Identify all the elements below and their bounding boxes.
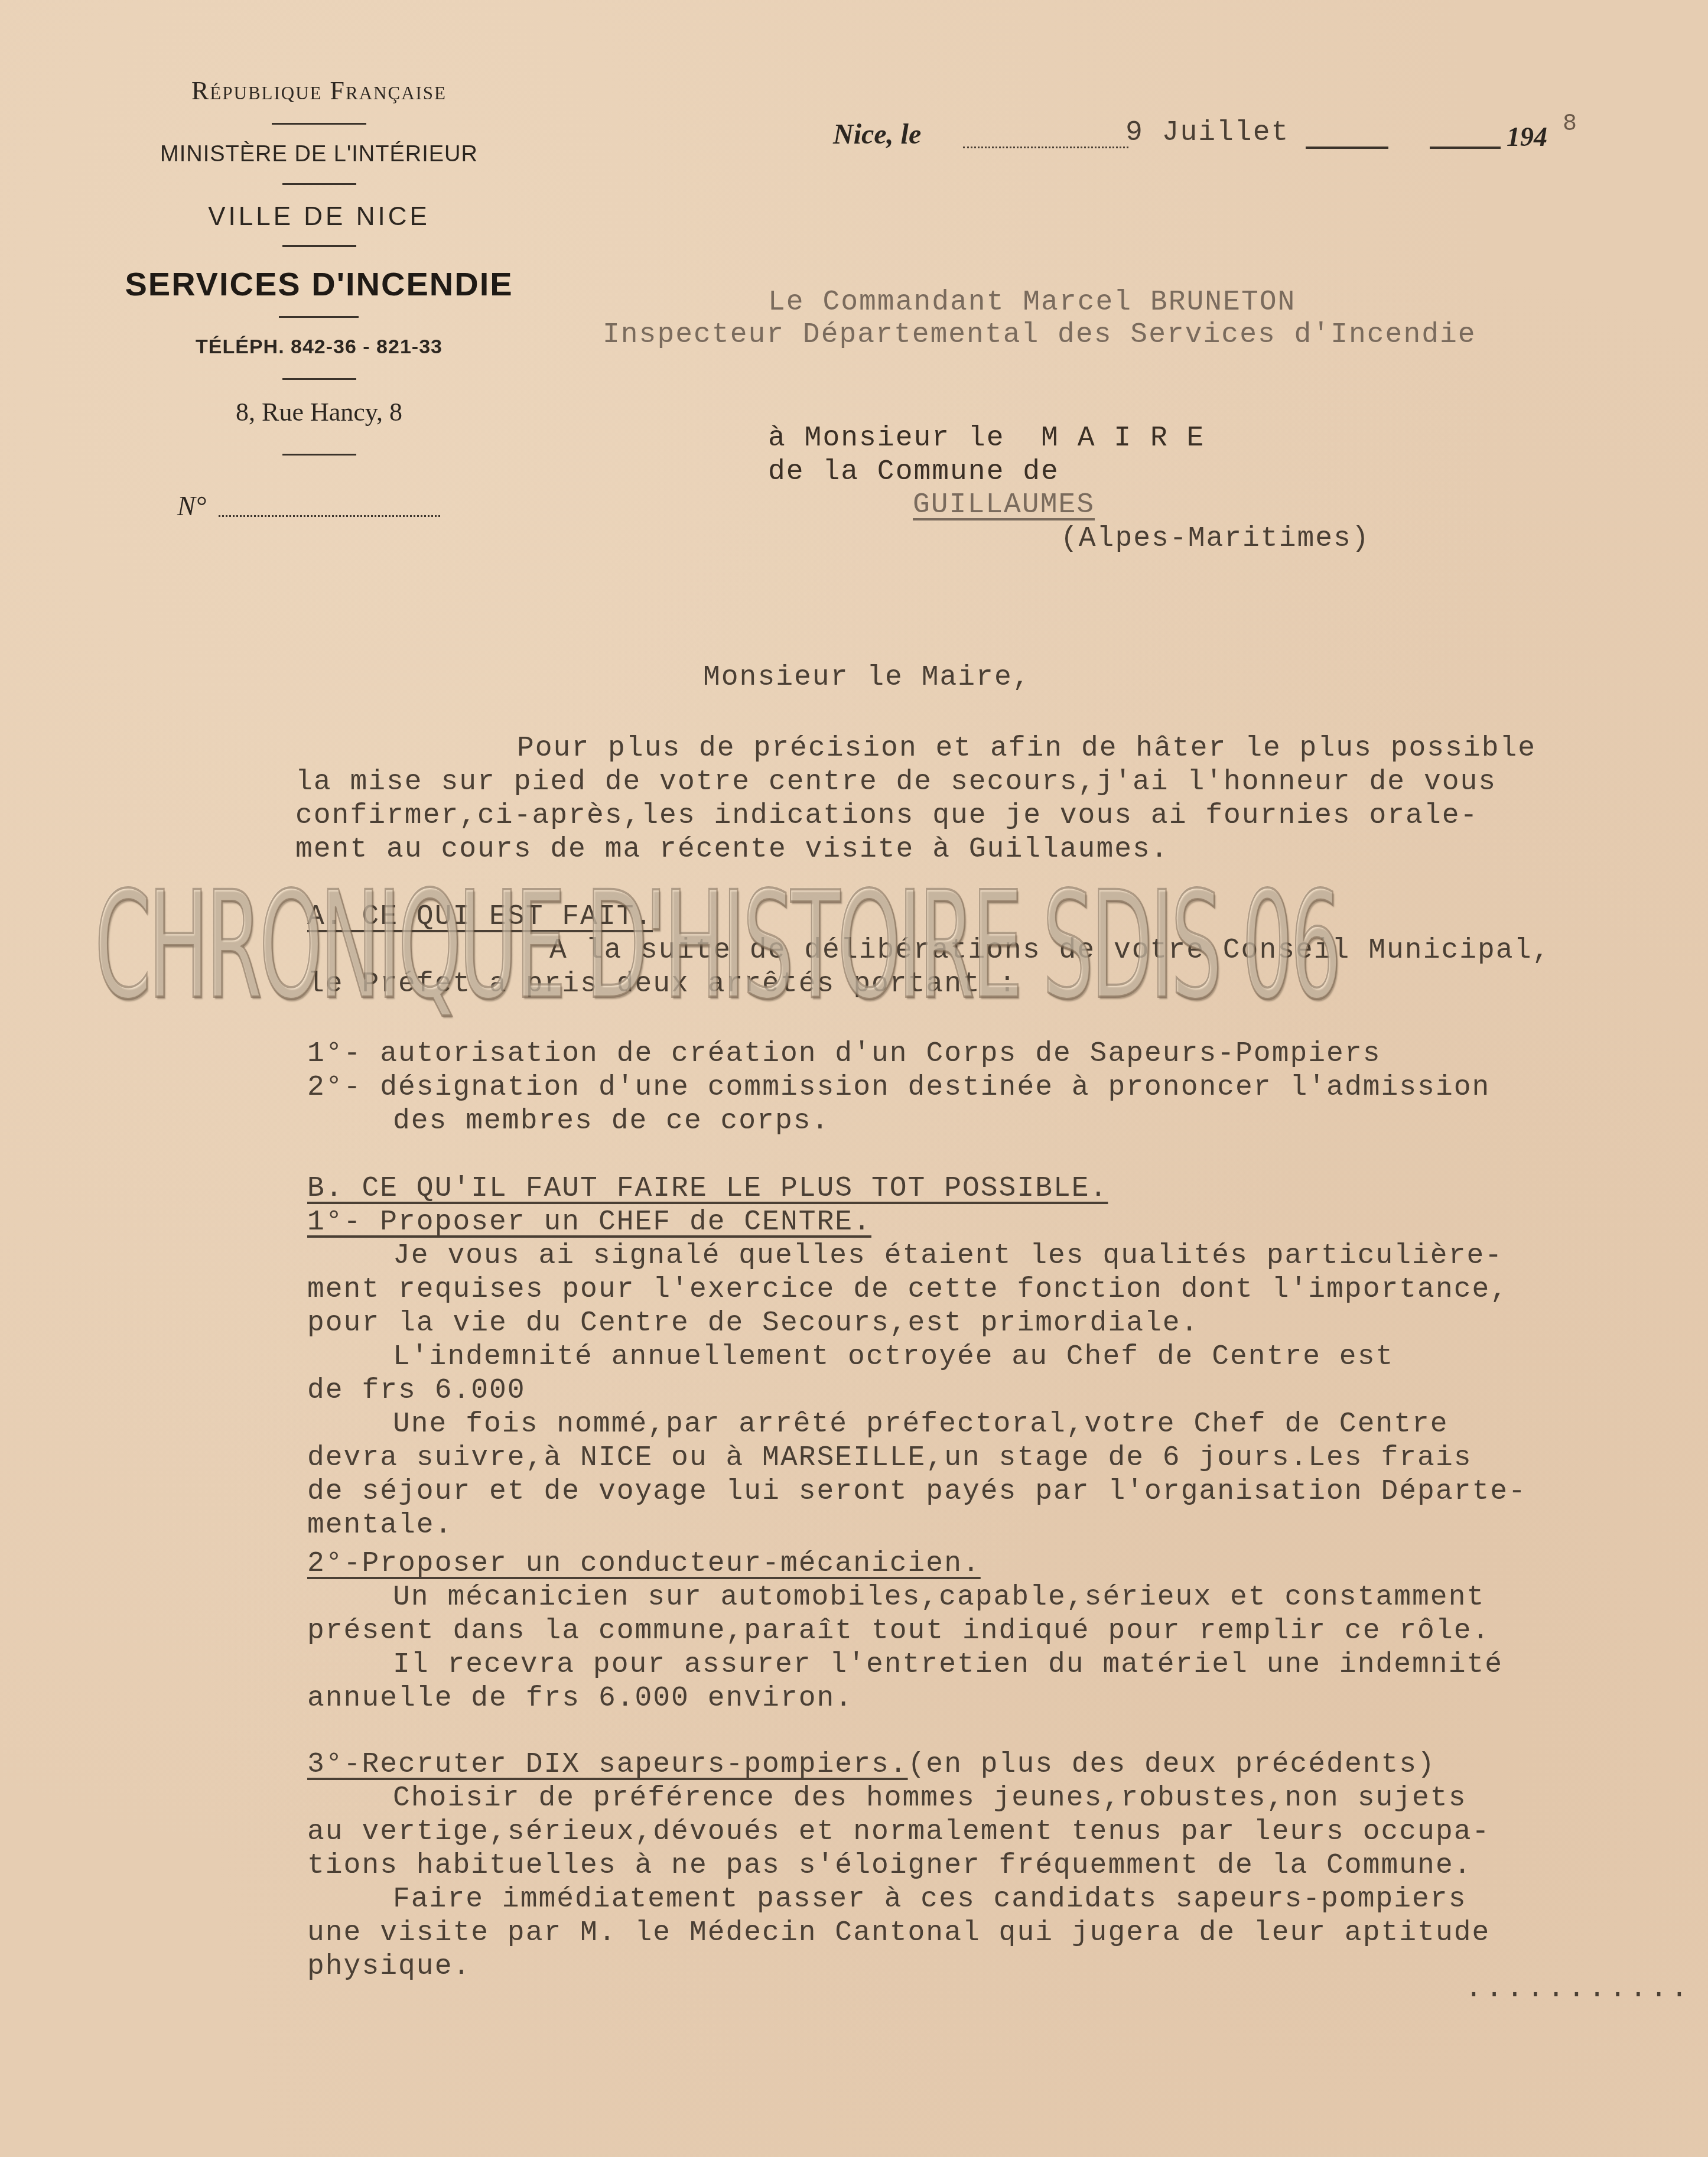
list-item: 1°- autorisation de création d'un Corps … [307,1038,1381,1070]
letterhead-phone: TÉLÉPH. 842-36 - 821-33 [65,336,573,359]
divider [282,245,356,247]
paragraph-line: le Préfet a pris deux arrêtés portant : [307,968,1017,1000]
paragraph-line: Pour plus de précision et afin de hâter … [517,733,1536,764]
list-number: 2°- [307,1072,362,1104]
item3-heading-row: 3°-Recruter DIX sapeurs-pompiers.(en plu… [307,1749,1436,1781]
paragraph-line: de frs 6.000 [307,1375,526,1407]
divider [282,454,356,456]
item2-heading: 2°-Proposer un conducteur-mécanicien. [307,1548,981,1580]
salutation: Monsieur le Maire, [703,662,1030,694]
paragraph-line: tions habituelles à ne pas s'éloigner fr… [307,1850,1472,1882]
list-item: 2°- désignation d'une commission destiné… [307,1072,1490,1104]
item3-heading-note: (en plus des deux précédents) [908,1749,1436,1781]
letterhead-service: SERVICES D'INCENDIE [65,265,573,303]
date-fill-line [963,147,1128,148]
paragraph-line: présent dans la commune,paraît tout indi… [307,1615,1490,1647]
sender-title: Inspecteur Départemental des Services d'… [603,319,1476,351]
paragraph-line: ment requises pour l'exercice de cette f… [307,1274,1508,1306]
paragraph-line: de séjour et de voyage lui seront payés … [307,1476,1527,1508]
paragraph-line: Faire immédiatement passer à ces candida… [393,1883,1466,1915]
date-fill-line [1430,147,1501,149]
list-item-continuation: des membres de ce corps. [393,1105,829,1137]
divider [272,123,366,125]
paragraph-line: Je vous ai signalé quelles étaient les q… [393,1240,1503,1272]
paragraph-line: une visite par M. le Médecin Cantonal qu… [307,1917,1490,1949]
recipient-commune: GUILLAUMES [913,489,1095,521]
reference-number-field [219,515,440,517]
paragraph-line: pour la vie du Centre de Secours,est pri… [307,1307,1199,1339]
sender-name: Le Commandant Marcel BRUNETON [768,287,1296,318]
date-fill-line [1306,147,1388,149]
letterhead-republic: République Française [65,76,573,106]
date-label: Nice, le [833,118,921,151]
recipient-department: (Alpes-Maritimes) [1060,523,1370,555]
paragraph-line: L'indemnité annuellement octroyée au Che… [393,1341,1394,1373]
paragraph-line: annuelle de frs 6.000 environ. [307,1683,853,1714]
section-b-heading: B. CE QU'IL FAUT FAIRE LE PLUS TOT POSSI… [307,1173,1108,1205]
paragraph-line: mentale. [307,1509,453,1541]
divider [279,316,359,318]
paragraph-line: Choisir de préférence des hommes jeunes,… [393,1782,1466,1814]
letterhead-ministry: MINISTÈRE DE L'INTÉRIEUR [65,142,573,167]
continuation-marker: ........... [1465,1973,1691,2005]
paragraph-line: A la suite de délibérations de votre Con… [549,935,1550,967]
list-number: 1°- [307,1038,362,1070]
list-text: autorisation de création d'un Corps de S… [380,1038,1381,1070]
item3-heading: 3°-Recruter DIX sapeurs-pompiers. [307,1749,908,1781]
date-year-prefix: 194 [1507,121,1547,152]
letterhead-address: 8, Rue Hancy, 8 [65,397,573,427]
recipient-line2: de la Commune de [768,456,1059,488]
paragraph-line: confirmer,ci-après,les indications que j… [295,800,1478,832]
date-year-suffix: 8 [1563,111,1577,138]
item1-heading: 1°- Proposer un CHEF de CENTRE. [307,1206,871,1238]
paragraph-line: au vertige,sérieux,dévoués et normalemen… [307,1816,1490,1848]
list-text: désignation d'une commission destinée à … [380,1072,1490,1104]
paragraph-line: ment au cours de ma récente visite à Gui… [295,834,1169,866]
paragraph-line: la mise sur pied de votre centre de seco… [295,766,1496,798]
letterhead-city: VILLE DE NICE [65,202,573,232]
paragraph-line: Il recevra pour assurer l'entretien du m… [393,1649,1503,1681]
paragraph-line: physique. [307,1951,471,1983]
divider [282,378,356,380]
paragraph-line: Une fois nommé,par arrêté préfectoral,vo… [393,1408,1449,1440]
paragraph-line: devra suivre,à NICE ou à MARSEILLE,un st… [307,1442,1472,1474]
section-a-heading: A. CE QUI EST FAIT. [307,901,653,933]
recipient-line1: à Monsieur le M A I R E [768,422,1205,454]
reference-number-label: N° [177,490,206,522]
date-value: 9 Juillet [1125,117,1289,149]
paragraph-line: Un mécanicien sur automobiles,capable,sé… [393,1582,1485,1613]
divider [282,183,356,185]
